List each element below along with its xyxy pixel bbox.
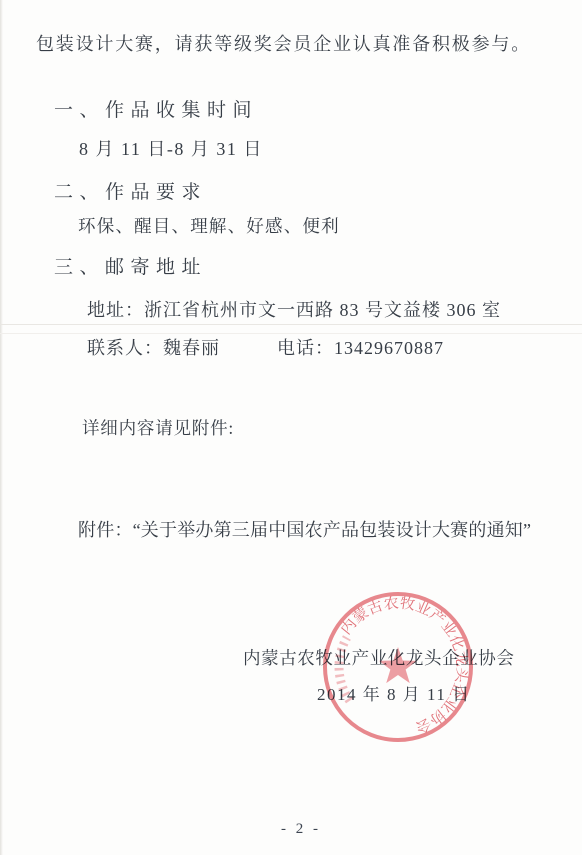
scan-edge-artifact <box>0 0 3 855</box>
scanned-document-page: 包装设计大赛，请获等级奖会员企业认真准备积极参与。 一、作品收集时间 8 月 1… <box>0 0 582 855</box>
section-2-content: 环保、醒目、理解、好感、便利 <box>78 213 340 238</box>
seal-star-icon <box>379 647 417 683</box>
attachment-line: 附件：“关于举办第三届中国农产品包装设计大赛的通知” <box>78 516 531 542</box>
seal-mongolian-script <box>339 638 350 701</box>
contact-phone: 电话：13429670887 <box>277 334 444 360</box>
intro-paragraph: 包装设计大赛，请获等级奖会员企业认真准备积极参与。 <box>36 30 531 56</box>
scan-line-artifact <box>0 324 582 325</box>
section-1-heading: 一、作品收集时间 <box>54 95 258 122</box>
section-1-content: 8 月 11 日-8 月 31 日 <box>79 135 263 161</box>
mailing-address: 地址：浙江省杭州市文一西路 83 号文益楼 306 室 <box>87 296 501 322</box>
contact-person: 联系人：魏春丽 <box>87 334 220 360</box>
page-number: - 2 - <box>281 821 321 838</box>
section-2-heading: 二、作品要求 <box>54 177 207 204</box>
section-3-heading: 三、邮寄地址 <box>54 252 207 279</box>
red-seal-stamp: 内蒙古农牧业产业化龙头企业协会 <box>319 588 477 746</box>
detail-note: 详细内容请见附件: <box>82 415 234 440</box>
